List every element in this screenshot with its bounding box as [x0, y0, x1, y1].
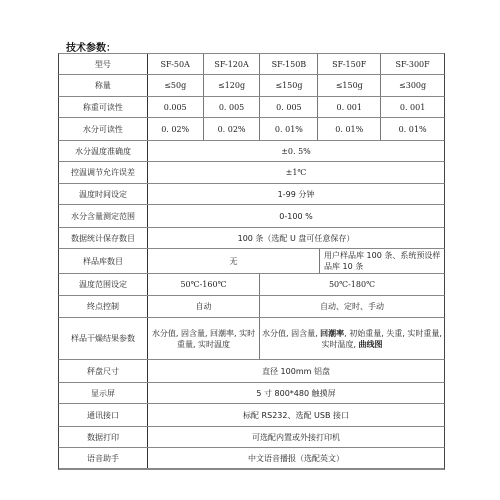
- section-title: 技术参数：: [66, 39, 116, 54]
- table-row: 称重可读性 0.005 0. 005 0. 005 0. 001 0. 001: [58, 96, 445, 117]
- row-label: 样品库数目: [59, 249, 148, 273]
- table-cell: 无: [148, 249, 319, 273]
- table-cell: ≤150g: [317, 75, 380, 96]
- table-cell: ≤50g: [148, 75, 203, 96]
- table-row: 秤盘尺寸 直径 100mm 铝盘: [58, 359, 445, 382]
- table-cell: ±1℃: [148, 162, 444, 183]
- model-header: SF-120A: [203, 54, 260, 74]
- endpoint-row: 终点控制 自动 自动、定时、手动: [58, 295, 445, 317]
- row-label: 温度范围设定: [59, 274, 148, 295]
- table-row: 通讯接口 标配 RS232、选配 USB 接口: [58, 403, 445, 426]
- table-cell: 中文语音播报（选配英文）: [148, 448, 444, 468]
- table-header-row: 型号 SF-50A SF-120A SF-150B SF-150F SF-300…: [58, 53, 445, 74]
- row-label: 显示屏: [59, 383, 148, 403]
- row-label: 通讯接口: [59, 404, 148, 426]
- row-label: 称量: [59, 75, 148, 96]
- table-cell: 0. 01%: [259, 118, 317, 140]
- table-row: 控温调节允许误差 ±1℃: [58, 161, 445, 183]
- row-label: 数据统计保存数目: [59, 228, 148, 248]
- table-row: 水分温度准确度 ±0. 5%: [58, 140, 445, 161]
- row-label: 样品干燥结果参数: [59, 318, 148, 359]
- table-cell: 0. 005: [203, 97, 260, 117]
- table-cell: ≤150g: [259, 75, 317, 96]
- table-cell: 0. 001: [380, 97, 444, 117]
- table-cell: 0. 02%: [203, 118, 260, 140]
- table-cell: 5 寸 800*480 触摸屏: [148, 383, 444, 403]
- results-text-bold: 回潮率: [320, 329, 344, 338]
- table-cell: 0. 02%: [148, 118, 203, 140]
- table-cell: 可选配内置或外接打印机: [148, 427, 444, 447]
- table-cell: 自动: [148, 296, 259, 317]
- table-cell: 0. 01%: [380, 118, 444, 140]
- table-row: 称量 ≤50g ≤120g ≤150g ≤150g ≤300g: [58, 74, 445, 96]
- model-header: SF-150B: [259, 54, 317, 74]
- table-cell: 直径 100mm 铝盘: [148, 360, 444, 382]
- row-label: 水分可读性: [59, 118, 148, 140]
- table-cell: 0.005: [148, 97, 203, 117]
- table-cell: 100 条（选配 U 盘可任意保存）: [148, 228, 444, 248]
- table-row: 水分可读性 0. 02% 0. 02% 0. 01% 0. 01% 0. 01%: [58, 117, 445, 140]
- table-row: 语音助手 中文语音播报（选配英文）: [58, 447, 445, 470]
- row-label: 水分含量测定范围: [59, 205, 148, 227]
- table-row: 水分含量测定范围 0-100 %: [58, 204, 445, 227]
- table-row: 温度时间设定 1-99 分钟: [58, 183, 445, 204]
- table-cell: ±0. 5%: [148, 141, 444, 161]
- row-label: 语音助手: [59, 448, 148, 468]
- table-cell: 水分值, 固含量, 回潮率, 实时重量, 实时温度: [148, 318, 259, 359]
- table-row: 数据统计保存数目 100 条（选配 U 盘可任意保存）: [58, 227, 445, 248]
- row-label: 称重可读性: [59, 97, 148, 117]
- row-label: 数据打印: [59, 427, 148, 447]
- table-cell: ≤120g: [203, 75, 260, 96]
- table-row: 显示屏 5 寸 800*480 触摸屏: [58, 382, 445, 403]
- table-cell: 50℃-180℃: [259, 274, 444, 295]
- row-label: 终点控制: [59, 296, 148, 317]
- table-cell: 自动、定时、手动: [259, 296, 444, 317]
- table-cell: 0. 001: [317, 97, 380, 117]
- table-cell: 标配 RS232、选配 USB 接口: [148, 404, 444, 426]
- table-cell: 0-100 %: [148, 205, 444, 227]
- row-label: 秤盘尺寸: [59, 360, 148, 382]
- spec-table: 型号 SF-50A SF-120A SF-150B SF-150F SF-300…: [58, 53, 445, 470]
- table-row: 数据打印 可选配内置或外接打印机: [58, 426, 445, 447]
- row-label: 控温调节允许误差: [59, 162, 148, 183]
- model-header: SF-50A: [148, 54, 203, 74]
- results-text: 水分值, 固含量,: [262, 329, 320, 338]
- model-header: SF-150F: [317, 54, 380, 74]
- temp-range-row: 温度范围设定 50℃-160℃ 50℃-180℃: [58, 273, 445, 295]
- table-cell: 50℃-160℃: [148, 274, 259, 295]
- row-label: 温度时间设定: [59, 184, 148, 204]
- table-cell: 水分值, 固含量, 回潮率, 初始重量, 失重, 实时重量, 实时温度, 曲线图: [259, 318, 444, 359]
- table-cell: 0. 01%: [317, 118, 380, 140]
- row-label: 水分温度准确度: [59, 141, 148, 161]
- header-label: 型号: [59, 54, 148, 74]
- table-cell: 0. 005: [259, 97, 317, 117]
- table-cell: 1-99 分钟: [148, 184, 444, 204]
- sample-library-row: 样品库数目 无 用户样品库 100 条、系统预设样品库 10 条: [58, 248, 445, 273]
- results-text-bold: 曲线图: [359, 340, 383, 349]
- table-cell: ≤300g: [380, 75, 444, 96]
- table-cell: 用户样品库 100 条、系统预设样品库 10 条: [319, 249, 444, 273]
- results-row: 样品干燥结果参数 水分值, 固含量, 回潮率, 实时重量, 实时温度 水分值, …: [58, 317, 445, 359]
- model-header: SF-300F: [380, 54, 444, 74]
